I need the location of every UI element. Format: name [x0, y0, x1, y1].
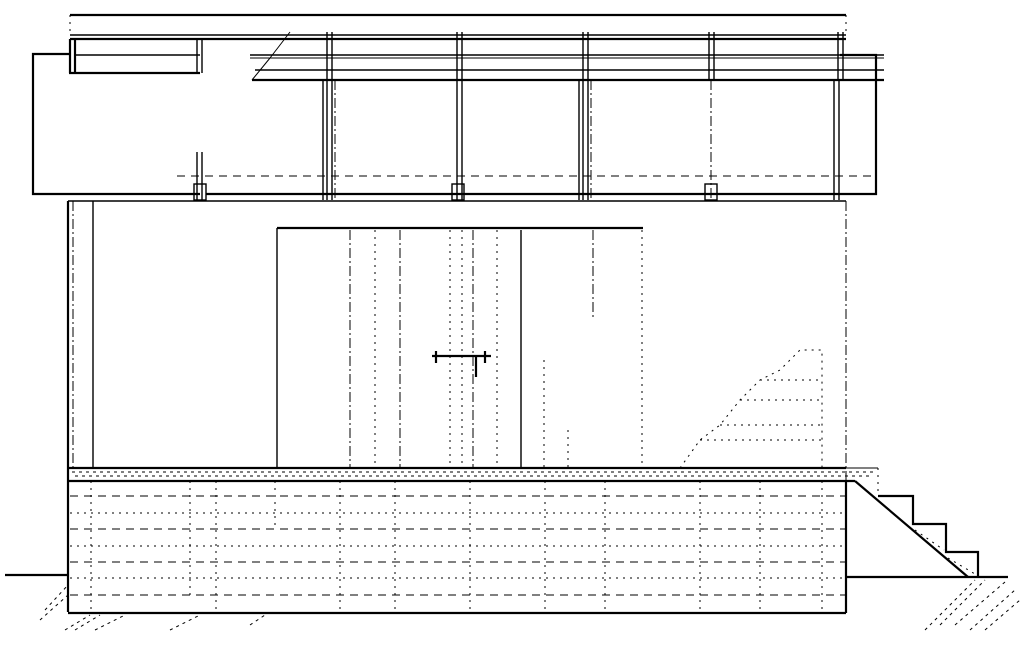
roof: [69, 15, 884, 80]
earth-hatching: [40, 580, 1020, 630]
stair-shadow: [680, 350, 822, 468]
plinth: [68, 481, 846, 613]
ground-line: [5, 575, 1020, 630]
left-overhang: [33, 39, 200, 194]
main-wall: [68, 201, 846, 612]
lower-beam: [68, 176, 876, 201]
elevation-drawing: [0, 0, 1034, 650]
posts: [194, 32, 843, 200]
glazed-opening: [277, 228, 643, 468]
exterior-stair: [855, 481, 978, 577]
right-overhang: [840, 55, 876, 194]
